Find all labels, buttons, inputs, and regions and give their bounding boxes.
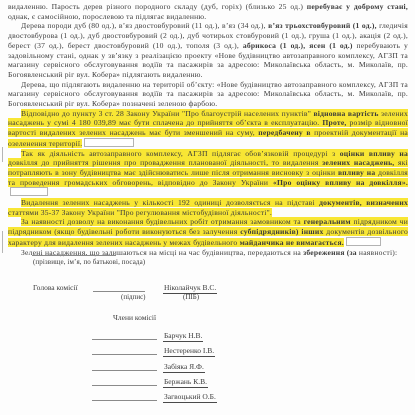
member-name: Нестеренко І.В. xyxy=(163,346,215,357)
document-body: видаленню. Парость дерев різного породно… xyxy=(0,0,415,257)
commission-members-label: Члени комісії xyxy=(113,313,156,322)
highlighted-paragraph: Так як діяльність автозаправного комплек… xyxy=(8,149,408,199)
member-signature-line xyxy=(92,400,157,401)
commission-chair-label: Голова комісії xyxy=(33,283,78,292)
highlighted-paragraph: За наявності дозволу на виконання будіве… xyxy=(8,217,408,247)
chair-signature-line xyxy=(93,291,145,292)
member-signature-row: Бержань К.В. xyxy=(92,373,217,388)
paragraph: Дерева, що підлягають видаленню на терит… xyxy=(8,80,408,109)
signature-caption: (підпис) xyxy=(121,293,146,301)
highlight-gap-box xyxy=(84,138,134,147)
member-signature-line xyxy=(92,385,157,386)
members-list: Барчук Н.В.Нестеренко І.В.Забіяка Я.Ф.Бе… xyxy=(92,327,217,403)
custody-line-caption: (прізвище, ім’я, по батькові, посада) xyxy=(33,258,145,266)
member-name: Забіяка Я.Ф. xyxy=(163,362,205,373)
member-signature-line xyxy=(92,339,157,340)
member-signature-row: Нестеренко І.В. xyxy=(92,342,217,357)
highlight-gap-box xyxy=(346,237,381,246)
document-page: видаленню. Парость дерев різного породно… xyxy=(0,0,415,415)
member-signature-row: Барчук Н.В. xyxy=(92,327,217,342)
scan-artifact-line xyxy=(2,147,3,162)
member-name: Загвоцький О.Б. xyxy=(163,392,217,403)
member-signature-line xyxy=(92,354,157,355)
member-signature-row: Загвоцький О.Б. xyxy=(92,388,217,403)
member-signature-line xyxy=(92,370,157,371)
member-signature-row: Забіяка Я.Ф. xyxy=(92,357,217,372)
member-name: Бержань К.В. xyxy=(163,377,208,388)
paragraph: видаленню. Парость дерев різного породно… xyxy=(8,2,408,21)
full-name-caption: (ПІБ) xyxy=(183,293,199,301)
scan-artifact-line xyxy=(2,231,3,253)
member-name: Барчук Н.В. xyxy=(163,331,203,342)
highlighted-paragraph: Відповідно до пункту 3 ст. 28 Закону Укр… xyxy=(8,109,408,149)
paragraph: Дерева породи дуб (80 од.), в’яз двостов… xyxy=(8,21,408,79)
custody-signature-line xyxy=(32,255,116,256)
highlighted-paragraph: Видалення зелених насаджень у кількості … xyxy=(8,198,408,217)
highlight-gap-box xyxy=(10,187,48,196)
